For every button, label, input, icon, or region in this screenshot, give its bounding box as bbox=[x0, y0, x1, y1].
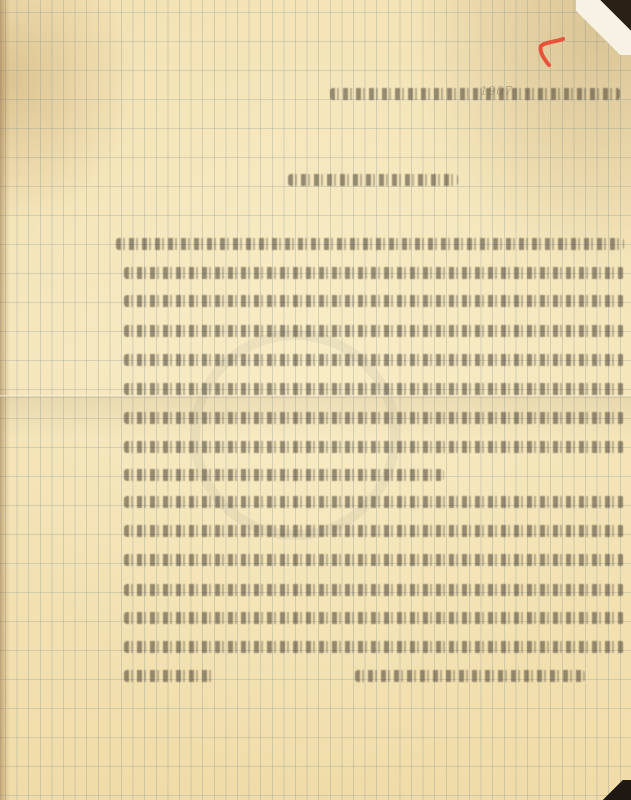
body-line bbox=[124, 525, 624, 537]
body-line bbox=[124, 496, 624, 508]
body-line bbox=[124, 670, 214, 682]
body-line bbox=[124, 554, 624, 566]
body-line bbox=[124, 469, 444, 481]
salutation-line bbox=[288, 174, 458, 186]
torn-corner bbox=[571, 780, 631, 800]
red-pencil-mark-icon bbox=[537, 36, 565, 68]
body-line bbox=[124, 267, 624, 279]
body-line bbox=[124, 612, 624, 624]
body-line bbox=[124, 584, 624, 596]
body-line bbox=[124, 441, 624, 453]
body-line bbox=[116, 238, 624, 250]
body-line bbox=[124, 295, 624, 307]
body-line bbox=[124, 412, 624, 424]
letter-paper: 1907 bbox=[0, 0, 631, 800]
signature-line bbox=[355, 670, 585, 682]
body-line bbox=[124, 641, 624, 653]
date-year-reading: 1907 bbox=[480, 84, 513, 98]
body-line bbox=[124, 325, 624, 337]
body-line bbox=[124, 354, 624, 366]
date-line bbox=[330, 88, 620, 100]
folded-corner bbox=[576, 0, 631, 55]
body-line bbox=[124, 383, 624, 395]
